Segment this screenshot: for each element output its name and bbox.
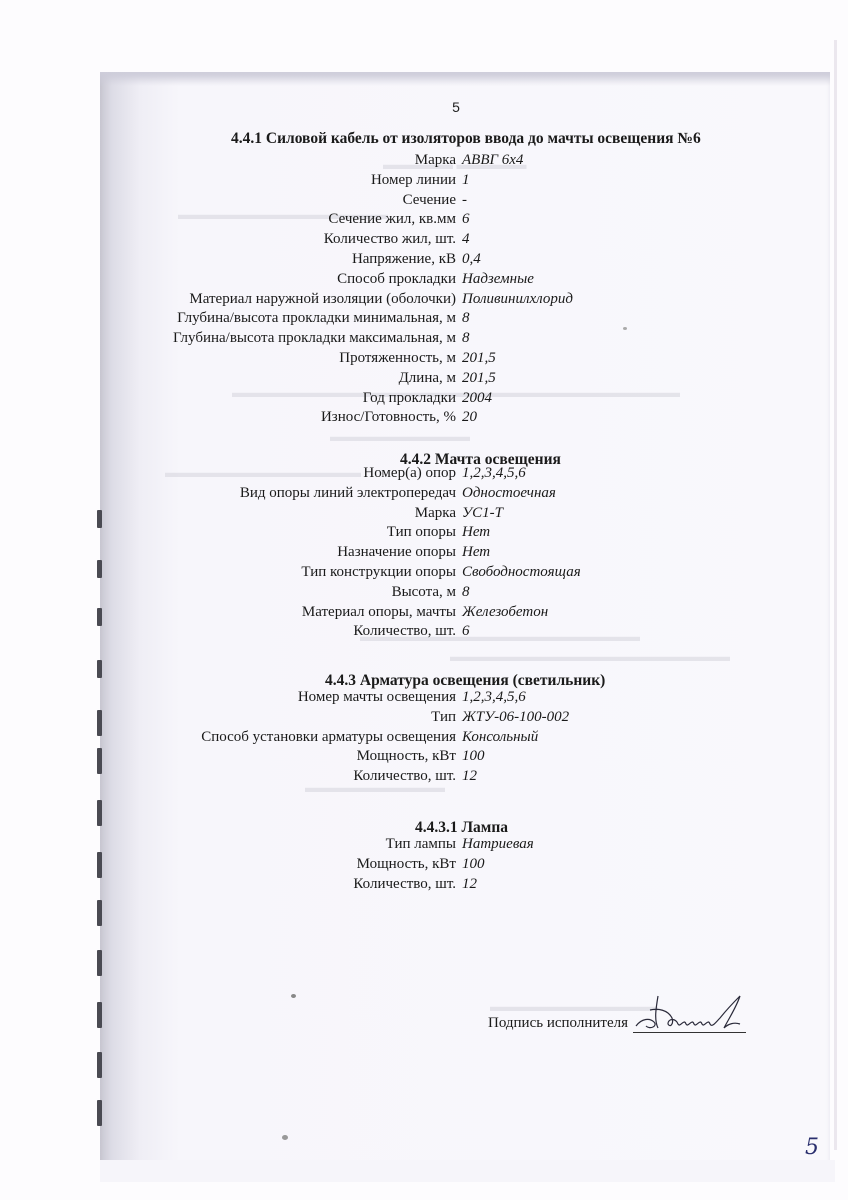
bleed-through-text: ▬▬▬▬▬▬▬▬▬▬: [330, 430, 470, 446]
field-value: 8: [462, 310, 470, 327]
binding-hole: [97, 660, 102, 678]
field-label: Материал опоры, мачты: [302, 604, 456, 621]
paper-bottom-edge: [100, 1160, 835, 1182]
field-label: Назначение опоры: [337, 544, 456, 561]
field-row: Способ прокладкиНадземные: [0, 271, 848, 290]
field-value: 20: [462, 409, 477, 426]
field-value: 6: [462, 211, 470, 228]
field-label: Номер линии: [371, 172, 456, 189]
field-row: Способ установки арматуры освещенияКонсо…: [0, 729, 848, 748]
section-title: 4.4.1 Силовой кабель от изоляторов ввода…: [231, 130, 701, 148]
field-row: Материал наружной изоляции (оболочки)Пол…: [0, 291, 848, 310]
field-label: Напряжение, кВ: [352, 251, 456, 268]
field-label: Год прокладки: [363, 390, 456, 407]
field-value: 12: [462, 768, 477, 785]
binding-hole: [97, 1100, 102, 1126]
field-value: Нет: [462, 544, 490, 561]
bleed-through-text: ▬▬▬▬▬▬▬▬▬▬▬▬▬▬▬▬▬▬▬▬: [450, 650, 730, 666]
field-row: Количество, шт.12: [0, 876, 848, 895]
field-row: Количество жил, шт.4: [0, 231, 848, 250]
scan-speck: [623, 327, 627, 330]
field-row: Год прокладки2004: [0, 390, 848, 409]
field-row: ТипЖТУ-06-100-002: [0, 709, 848, 728]
signature-scribble-icon: [628, 988, 758, 1038]
section-title: 4.4.3.1 Лампа: [415, 819, 508, 837]
field-value: АВВГ 6х4: [462, 152, 523, 169]
binding-hole: [97, 800, 102, 826]
field-label: Номер мачты освещения: [298, 689, 456, 706]
field-row: МаркаУС1-Т: [0, 505, 848, 524]
scan-speck: [291, 994, 296, 998]
field-value: Железобетон: [462, 604, 548, 621]
field-row: Сечение жил, кв.мм6: [0, 211, 848, 230]
field-value: Натриевая: [462, 836, 534, 853]
field-row: Тип лампыНатриевая: [0, 836, 848, 855]
signature-label: Подпись исполнителя: [488, 1015, 628, 1032]
field-row: Назначение опорыНет: [0, 544, 848, 563]
field-label: Количество жил, шт.: [324, 231, 456, 248]
field-value: -: [462, 192, 467, 209]
field-row: Длина, м201,5: [0, 370, 848, 389]
field-label: Глубина/высота прокладки максимальная, м: [173, 330, 456, 347]
field-row: Сечение-: [0, 192, 848, 211]
field-value: 1,2,3,4,5,6: [462, 689, 526, 706]
field-value: 100: [462, 856, 485, 873]
field-value: 2004: [462, 390, 492, 407]
field-label: Глубина/высота прокладки минимальная, м: [177, 310, 456, 327]
field-label: Тип: [431, 709, 456, 726]
field-row: Тип конструкции опорыСвободностоящая: [0, 564, 848, 583]
field-label: Количество, шт.: [353, 768, 456, 785]
field-row: Глубина/высота прокладки максимальная, м…: [0, 330, 848, 349]
binding-hole: [97, 950, 102, 976]
field-label: Номер(а) опор: [363, 465, 456, 482]
field-row: МаркаАВВГ 6х4: [0, 152, 848, 171]
field-row: Износ/Готовность, %20: [0, 409, 848, 428]
field-label: Тип конструкции опоры: [301, 564, 456, 581]
field-label: Вид опоры линий электропередач: [240, 485, 456, 502]
field-label: Количество, шт.: [353, 876, 456, 893]
field-value: Одностоечная: [462, 485, 556, 502]
field-value: 12: [462, 876, 477, 893]
field-row: Напряжение, кВ0,4: [0, 251, 848, 270]
field-value: Надземные: [462, 271, 534, 288]
field-value: Поливинилхлорид: [462, 291, 573, 308]
field-row: Высота, м8: [0, 584, 848, 603]
field-row: Номер мачты освещения1,2,3,4,5,6: [0, 689, 848, 708]
binding-hole: [97, 900, 102, 926]
field-label: Мощность, кВт: [357, 856, 456, 873]
field-row: Количество, шт.12: [0, 768, 848, 787]
binding-hole: [97, 1002, 102, 1028]
field-value: 1,2,3,4,5,6: [462, 465, 526, 482]
field-value: 1: [462, 172, 470, 189]
field-value: 201,5: [462, 370, 496, 387]
field-row: Протяженность, м201,5: [0, 350, 848, 369]
field-row: Вид опоры линий электропередачОдностоечн…: [0, 485, 848, 504]
field-value: УС1-Т: [462, 505, 503, 522]
binding-hole: [97, 1052, 102, 1078]
signature-line: [633, 1032, 746, 1033]
field-value: Свободностоящая: [462, 564, 581, 581]
field-label: Износ/Готовность, %: [321, 409, 456, 426]
field-row: Номер(а) опор1,2,3,4,5,6: [0, 465, 848, 484]
field-label: Длина, м: [399, 370, 456, 387]
field-label: Высота, м: [392, 584, 456, 601]
page-number: 5: [0, 99, 848, 115]
field-value: Консольный: [462, 729, 538, 746]
field-label: Тип опоры: [387, 524, 456, 541]
field-row: Тип опорыНет: [0, 524, 848, 543]
field-row: Количество, шт.6: [0, 623, 848, 642]
field-label: Протяженность, м: [339, 350, 456, 367]
field-value: 8: [462, 584, 470, 601]
field-value: 201,5: [462, 350, 496, 367]
field-row: Номер линии1: [0, 172, 848, 191]
field-value: 8: [462, 330, 470, 347]
field-value: 100: [462, 748, 485, 765]
field-label: Тип лампы: [386, 836, 456, 853]
field-value: Нет: [462, 524, 490, 541]
field-row: Глубина/высота прокладки минимальная, м8: [0, 310, 848, 329]
field-value: 0,4: [462, 251, 481, 268]
field-value: 4: [462, 231, 470, 248]
field-label: Марка: [415, 505, 456, 522]
paper-top-shadow: [100, 72, 830, 86]
field-label: Сечение жил, кв.мм: [328, 211, 456, 228]
field-label: Количество, шт.: [353, 623, 456, 640]
field-row: Материал опоры, мачтыЖелезобетон: [0, 604, 848, 623]
field-row: Мощность, кВт100: [0, 748, 848, 767]
field-label: Сечение: [403, 192, 456, 209]
scan-speck: [282, 1135, 288, 1140]
field-row: Мощность, кВт100: [0, 856, 848, 875]
field-label: Способ прокладки: [337, 271, 456, 288]
field-label: Способ установки арматуры освещения: [201, 729, 456, 746]
section-title: 4.4.3 Арматура освещения (светильник): [325, 672, 605, 690]
field-label: Мощность, кВт: [357, 748, 456, 765]
field-label: Материал наружной изоляции (оболочки): [189, 291, 456, 308]
field-label: Марка: [415, 152, 456, 169]
handwritten-page-number: 5: [805, 1135, 819, 1160]
field-value: ЖТУ-06-100-002: [462, 709, 569, 726]
field-value: 6: [462, 623, 470, 640]
